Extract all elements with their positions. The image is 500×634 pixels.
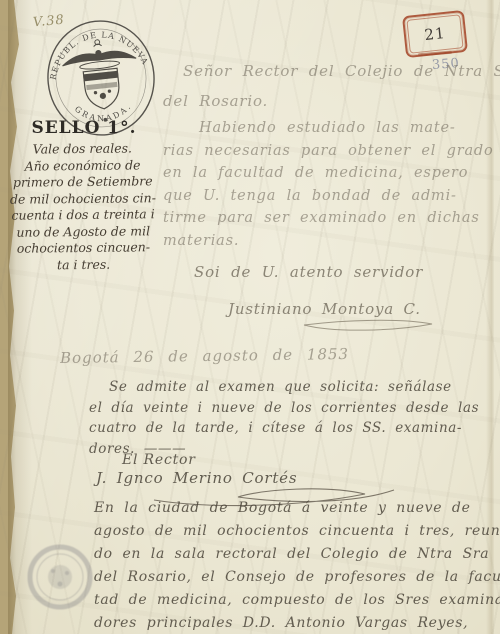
decree-line: cuatro de la tarde, i cítese á los SS. e… bbox=[89, 418, 479, 439]
sello-line: ta i tres. bbox=[3, 256, 165, 274]
acta-line: tad de medicina, compuesto de los Sres e… bbox=[94, 589, 500, 612]
acta-line: En la ciudad de Bogotá á veinte y nueve … bbox=[94, 497, 500, 520]
folio-stamp-inner-border bbox=[406, 14, 463, 53]
salutation: Señor Rector del Colejio de Ntra Sra del… bbox=[163, 56, 500, 116]
folio-stamp: 21 bbox=[402, 10, 468, 58]
petition-paragraph: Habiendo estudiado las mate- rias necesa… bbox=[163, 117, 494, 253]
closing-line: Soi de U. atento servidor bbox=[194, 263, 423, 281]
sello-line: de mil ochocientos cin- bbox=[2, 190, 164, 208]
student-signature: Justiniano Montoya C. bbox=[228, 300, 421, 318]
decree-line: Se admite al examen que solicita: señála… bbox=[89, 377, 479, 398]
acta-line: del Rosario, el Consejo de profesores de… bbox=[94, 566, 500, 589]
sello-line: Vale dos reales. bbox=[1, 140, 163, 158]
rector-signature: J. Ignco Merino Cortés bbox=[96, 469, 297, 487]
acta-paragraph: En la ciudad de Bogotá á veinte y nueve … bbox=[94, 497, 500, 634]
sello-title: SELLO 1°. bbox=[6, 118, 162, 138]
petition-line: que U. tenga la bondad de admi- bbox=[163, 185, 494, 208]
acta-line: agosto de mil ochocientos cincuenta i tr… bbox=[94, 520, 500, 543]
sello-line: Año económico de bbox=[1, 157, 163, 175]
petition-line: tirme para ser examinado en dichas bbox=[163, 207, 494, 230]
sello-line: uno de Agosto de mil bbox=[2, 223, 164, 241]
embossed-round-stamp-icon bbox=[20, 537, 100, 617]
acta-line: dores principales D.D. Antonio Vargas Re… bbox=[94, 612, 500, 634]
petition-line: rias necesarias para obtener el grado bbox=[163, 140, 494, 163]
petition-line: materias. bbox=[163, 230, 494, 253]
scanned-document: V.38 REPUBL. DE LA NUEVA GRANADA. bbox=[0, 0, 500, 634]
rector-title: El Rector bbox=[122, 452, 196, 468]
salutation-line: del Rosario. bbox=[163, 86, 500, 116]
salutation-line: Señor Rector del Colejio de Ntra Sra bbox=[163, 56, 500, 86]
decree-paragraph: Se admite al examen que solicita: señála… bbox=[89, 377, 479, 459]
decree-line: el día veinte i nueve de los corrientes … bbox=[89, 398, 479, 419]
acta-line: do en la sala rectoral del Colegio de Nt… bbox=[94, 543, 500, 566]
sello-line: cuenta i dos a treinta i bbox=[2, 206, 164, 224]
sello-line: ochocientos cincuen- bbox=[2, 239, 164, 257]
sello-line: primero de Setiembre bbox=[2, 173, 164, 191]
petition-line: en la facultad de medicina, espero bbox=[163, 162, 494, 185]
sello-text-block: Vale dos reales. Año económico de primer… bbox=[1, 140, 164, 274]
petition-line: Habiendo estudiado las mate- bbox=[163, 117, 494, 140]
